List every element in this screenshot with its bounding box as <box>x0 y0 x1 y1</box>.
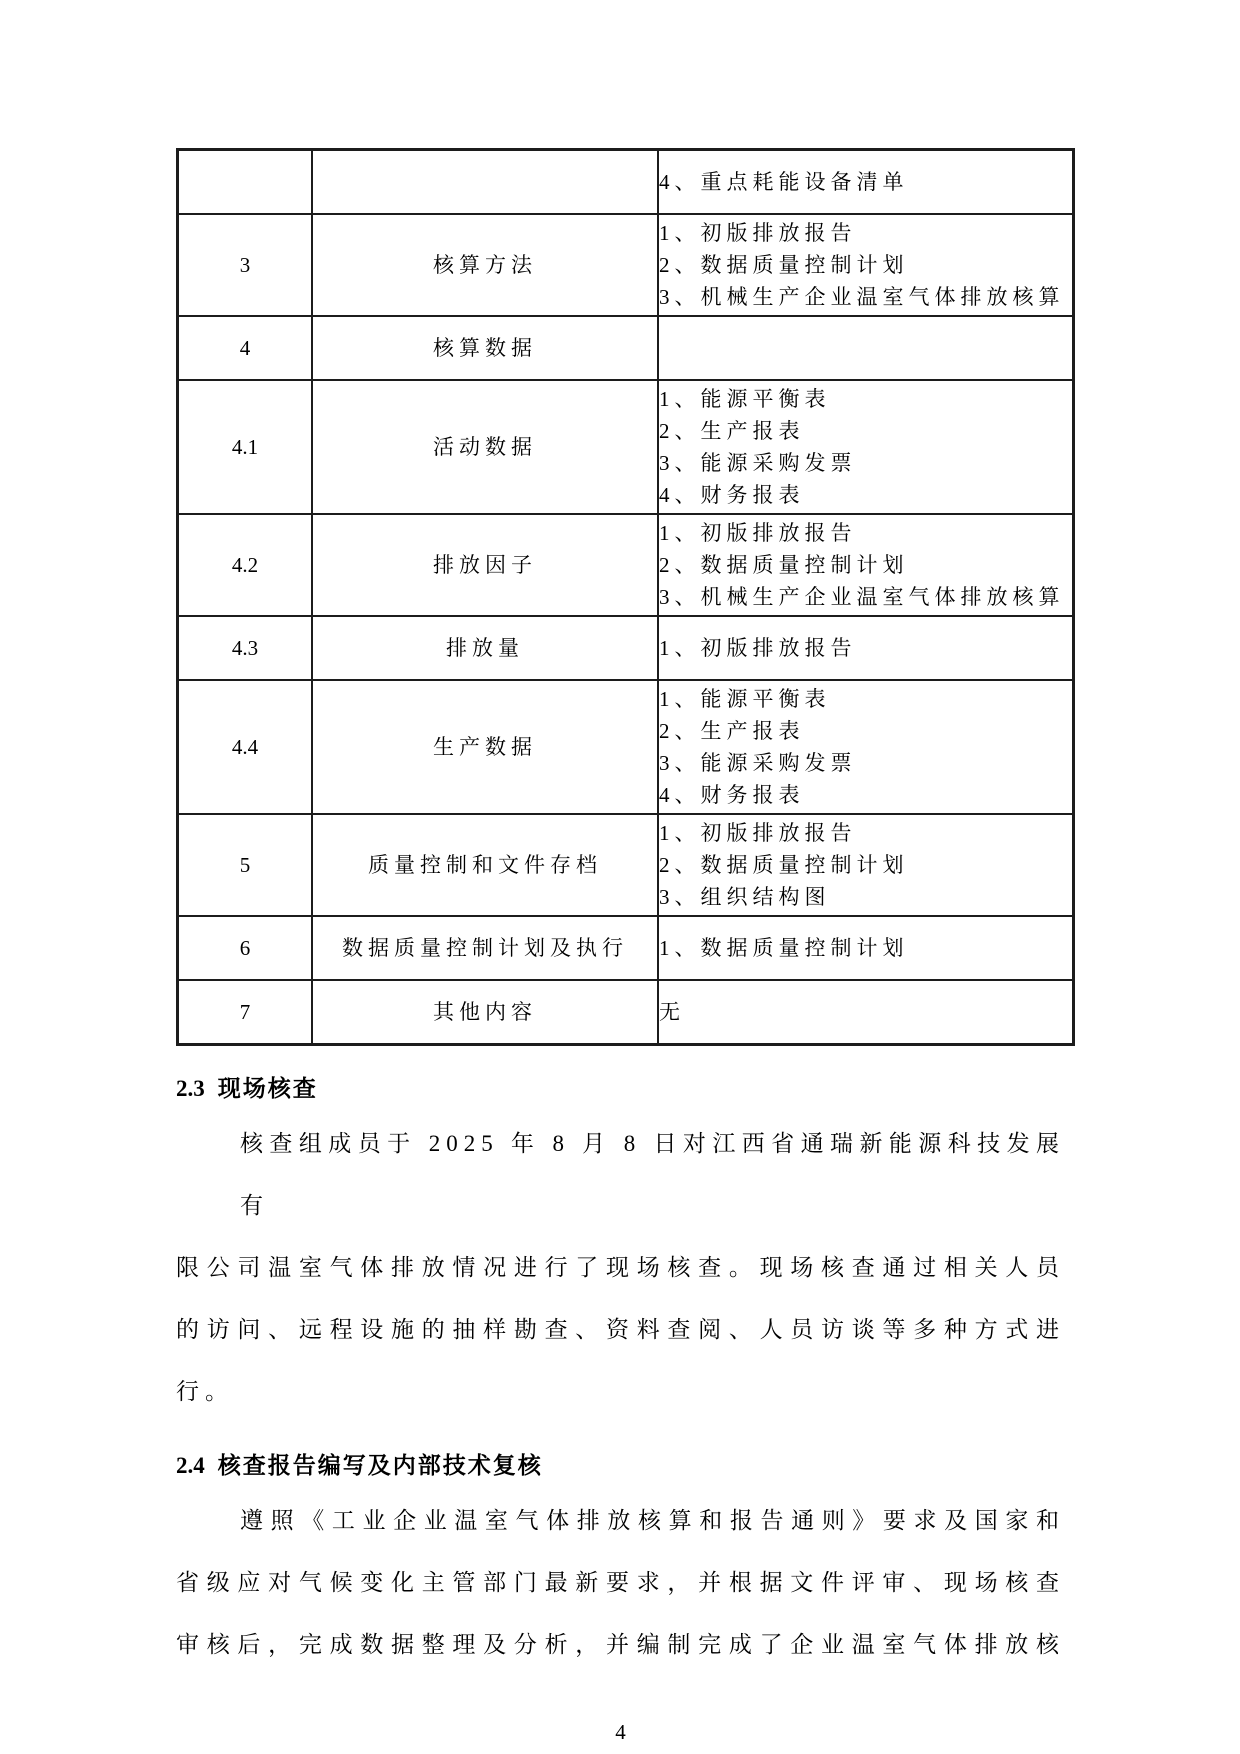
section-2-4-heading: 2.4 核查报告编写及内部技术复核 <box>176 1447 1065 1480</box>
supporting-docs-cell: 1、初版排放报告 <box>658 616 1074 680</box>
item-name-cell: 质量控制和文件存档 <box>312 814 658 916</box>
section-title: 现场核查 <box>218 1070 318 1103</box>
row-number-cell: 4.4 <box>178 680 313 814</box>
row-number-cell <box>178 150 313 215</box>
supporting-docs-cell: 1、初版排放报告2、数据质量控制计划3、机械生产企业温室气体排放核算 <box>658 214 1074 316</box>
row-number-cell: 4.3 <box>178 616 313 680</box>
section-number: 2.4 <box>176 1453 205 1479</box>
item-name-cell: 其他内容 <box>312 980 658 1045</box>
section-title: 核查报告编写及内部技术复核 <box>218 1447 543 1480</box>
paragraph-line: 限公司温室气体排放情况进行了现场核查。现场核查通过相关人员 <box>176 1237 1065 1299</box>
table-row: 7其他内容无 <box>178 980 1074 1045</box>
item-name-cell: 核算数据 <box>312 316 658 380</box>
supporting-docs-cell: 无 <box>658 980 1074 1045</box>
paragraph-line: 的访问、远程设施的抽样勘查、资料查阅、人员访谈等多种方式进 <box>176 1299 1065 1361</box>
supporting-docs-cell: 1、初版排放报告2、数据质量控制计划3、组织结构图 <box>658 814 1074 916</box>
row-number-cell: 4.1 <box>178 380 313 514</box>
section-2-3-heading: 2.3 现场核查 <box>176 1070 1065 1103</box>
table-row: 4、重点耗能设备清单 <box>178 150 1074 215</box>
table-row: 4.1活动数据1、能源平衡表2、生产报表3、能源采购发票4、财务报表 <box>178 380 1074 514</box>
table-row: 3核算方法1、初版排放报告2、数据质量控制计划3、机械生产企业温室气体排放核算 <box>178 214 1074 316</box>
audit-doc-table: 4、重点耗能设备清单3核算方法1、初版排放报告2、数据质量控制计划3、机械生产企… <box>176 148 1075 1046</box>
supporting-docs-cell: 1、数据质量控制计划 <box>658 916 1074 980</box>
section-number: 2.3 <box>176 1076 205 1102</box>
supporting-docs-cell: 1、能源平衡表2、生产报表3、能源采购发票4、财务报表 <box>658 380 1074 514</box>
doc-line: 2、生产报表 <box>659 415 1072 447</box>
supporting-docs-cell <box>658 316 1074 380</box>
row-number-cell: 5 <box>178 814 313 916</box>
item-name-cell: 数据质量控制计划及执行 <box>312 916 658 980</box>
paragraph-line: 行。 <box>176 1361 1065 1423</box>
doc-line: 1、初版排放报告 <box>659 632 1072 664</box>
item-name-cell <box>312 150 658 215</box>
row-number-cell: 4 <box>178 316 313 380</box>
paragraph-line: 审核后，完成数据整理及分析，并编制完成了企业温室气体排放核 <box>176 1614 1065 1676</box>
doc-line: 1、能源平衡表 <box>659 383 1072 415</box>
doc-line: 1、能源平衡表 <box>659 683 1072 715</box>
section-2-4-paragraph: 遵照《工业企业温室气体排放核算和报告通则》要求及国家和省级应对气候变化主管部门最… <box>176 1490 1065 1676</box>
doc-line: 3、能源采购发票 <box>659 447 1072 479</box>
table-row: 4核算数据 <box>178 316 1074 380</box>
doc-line: 3、能源采购发票 <box>659 747 1072 779</box>
table-row: 4.4生产数据1、能源平衡表2、生产报表3、能源采购发票4、财务报表 <box>178 680 1074 814</box>
item-name-cell: 核算方法 <box>312 214 658 316</box>
doc-line: 4、财务报表 <box>659 479 1072 511</box>
doc-line: 2、数据质量控制计划 <box>659 249 1072 281</box>
doc-line: 3、组织结构图 <box>659 881 1072 913</box>
doc-line: 3、机械生产企业温室气体排放核算 <box>659 281 1072 313</box>
doc-line: 1、数据质量控制计划 <box>659 932 1072 964</box>
row-number-cell: 6 <box>178 916 313 980</box>
row-number-cell: 4.2 <box>178 514 313 616</box>
audit-doc-table-body: 4、重点耗能设备清单3核算方法1、初版排放报告2、数据质量控制计划3、机械生产企… <box>178 150 1074 1045</box>
doc-line: 4、重点耗能设备清单 <box>659 166 1072 198</box>
paragraph-line: 省级应对气候变化主管部门最新要求，并根据文件评审、现场核查 <box>176 1552 1065 1614</box>
item-name-cell: 排放因子 <box>312 514 658 616</box>
table-row: 4.3排放量1、初版排放报告 <box>178 616 1074 680</box>
paragraph-line: 核查组成员于 2025 年 8 月 8 日对江西省通瑞新能源科技发展有 <box>176 1113 1065 1237</box>
doc-line: 1、初版排放报告 <box>659 217 1072 249</box>
supporting-docs-cell: 1、初版排放报告2、数据质量控制计划3、机械生产企业温室气体排放核算 <box>658 514 1074 616</box>
row-number-cell: 3 <box>178 214 313 316</box>
table-row: 5质量控制和文件存档1、初版排放报告2、数据质量控制计划3、组织结构图 <box>178 814 1074 916</box>
document-page: 4、重点耗能设备清单3核算方法1、初版排放报告2、数据质量控制计划3、机械生产企… <box>0 0 1240 1754</box>
doc-line: 4、财务报表 <box>659 779 1072 811</box>
section-2-3-paragraph: 核查组成员于 2025 年 8 月 8 日对江西省通瑞新能源科技发展有限公司温室… <box>176 1113 1065 1423</box>
doc-line: 1、初版排放报告 <box>659 517 1072 549</box>
table-row: 4.2排放因子1、初版排放报告2、数据质量控制计划3、机械生产企业温室气体排放核… <box>178 514 1074 616</box>
doc-line: 2、生产报表 <box>659 715 1072 747</box>
doc-line: 3、机械生产企业温室气体排放核算 <box>659 581 1072 613</box>
supporting-docs-cell: 4、重点耗能设备清单 <box>658 150 1074 215</box>
supporting-docs-cell: 1、能源平衡表2、生产报表3、能源采购发票4、财务报表 <box>658 680 1074 814</box>
item-name-cell: 生产数据 <box>312 680 658 814</box>
row-number-cell: 7 <box>178 980 313 1045</box>
doc-line: 2、数据质量控制计划 <box>659 549 1072 581</box>
table-row: 6数据质量控制计划及执行1、数据质量控制计划 <box>178 916 1074 980</box>
doc-line: 无 <box>659 996 1072 1028</box>
doc-line: 1、初版排放报告 <box>659 817 1072 849</box>
paragraph-line: 遵照《工业企业温室气体排放核算和报告通则》要求及国家和 <box>176 1490 1065 1552</box>
item-name-cell: 活动数据 <box>312 380 658 514</box>
item-name-cell: 排放量 <box>312 616 658 680</box>
doc-line: 2、数据质量控制计划 <box>659 849 1072 881</box>
page-number: 4 <box>176 1720 1065 1745</box>
